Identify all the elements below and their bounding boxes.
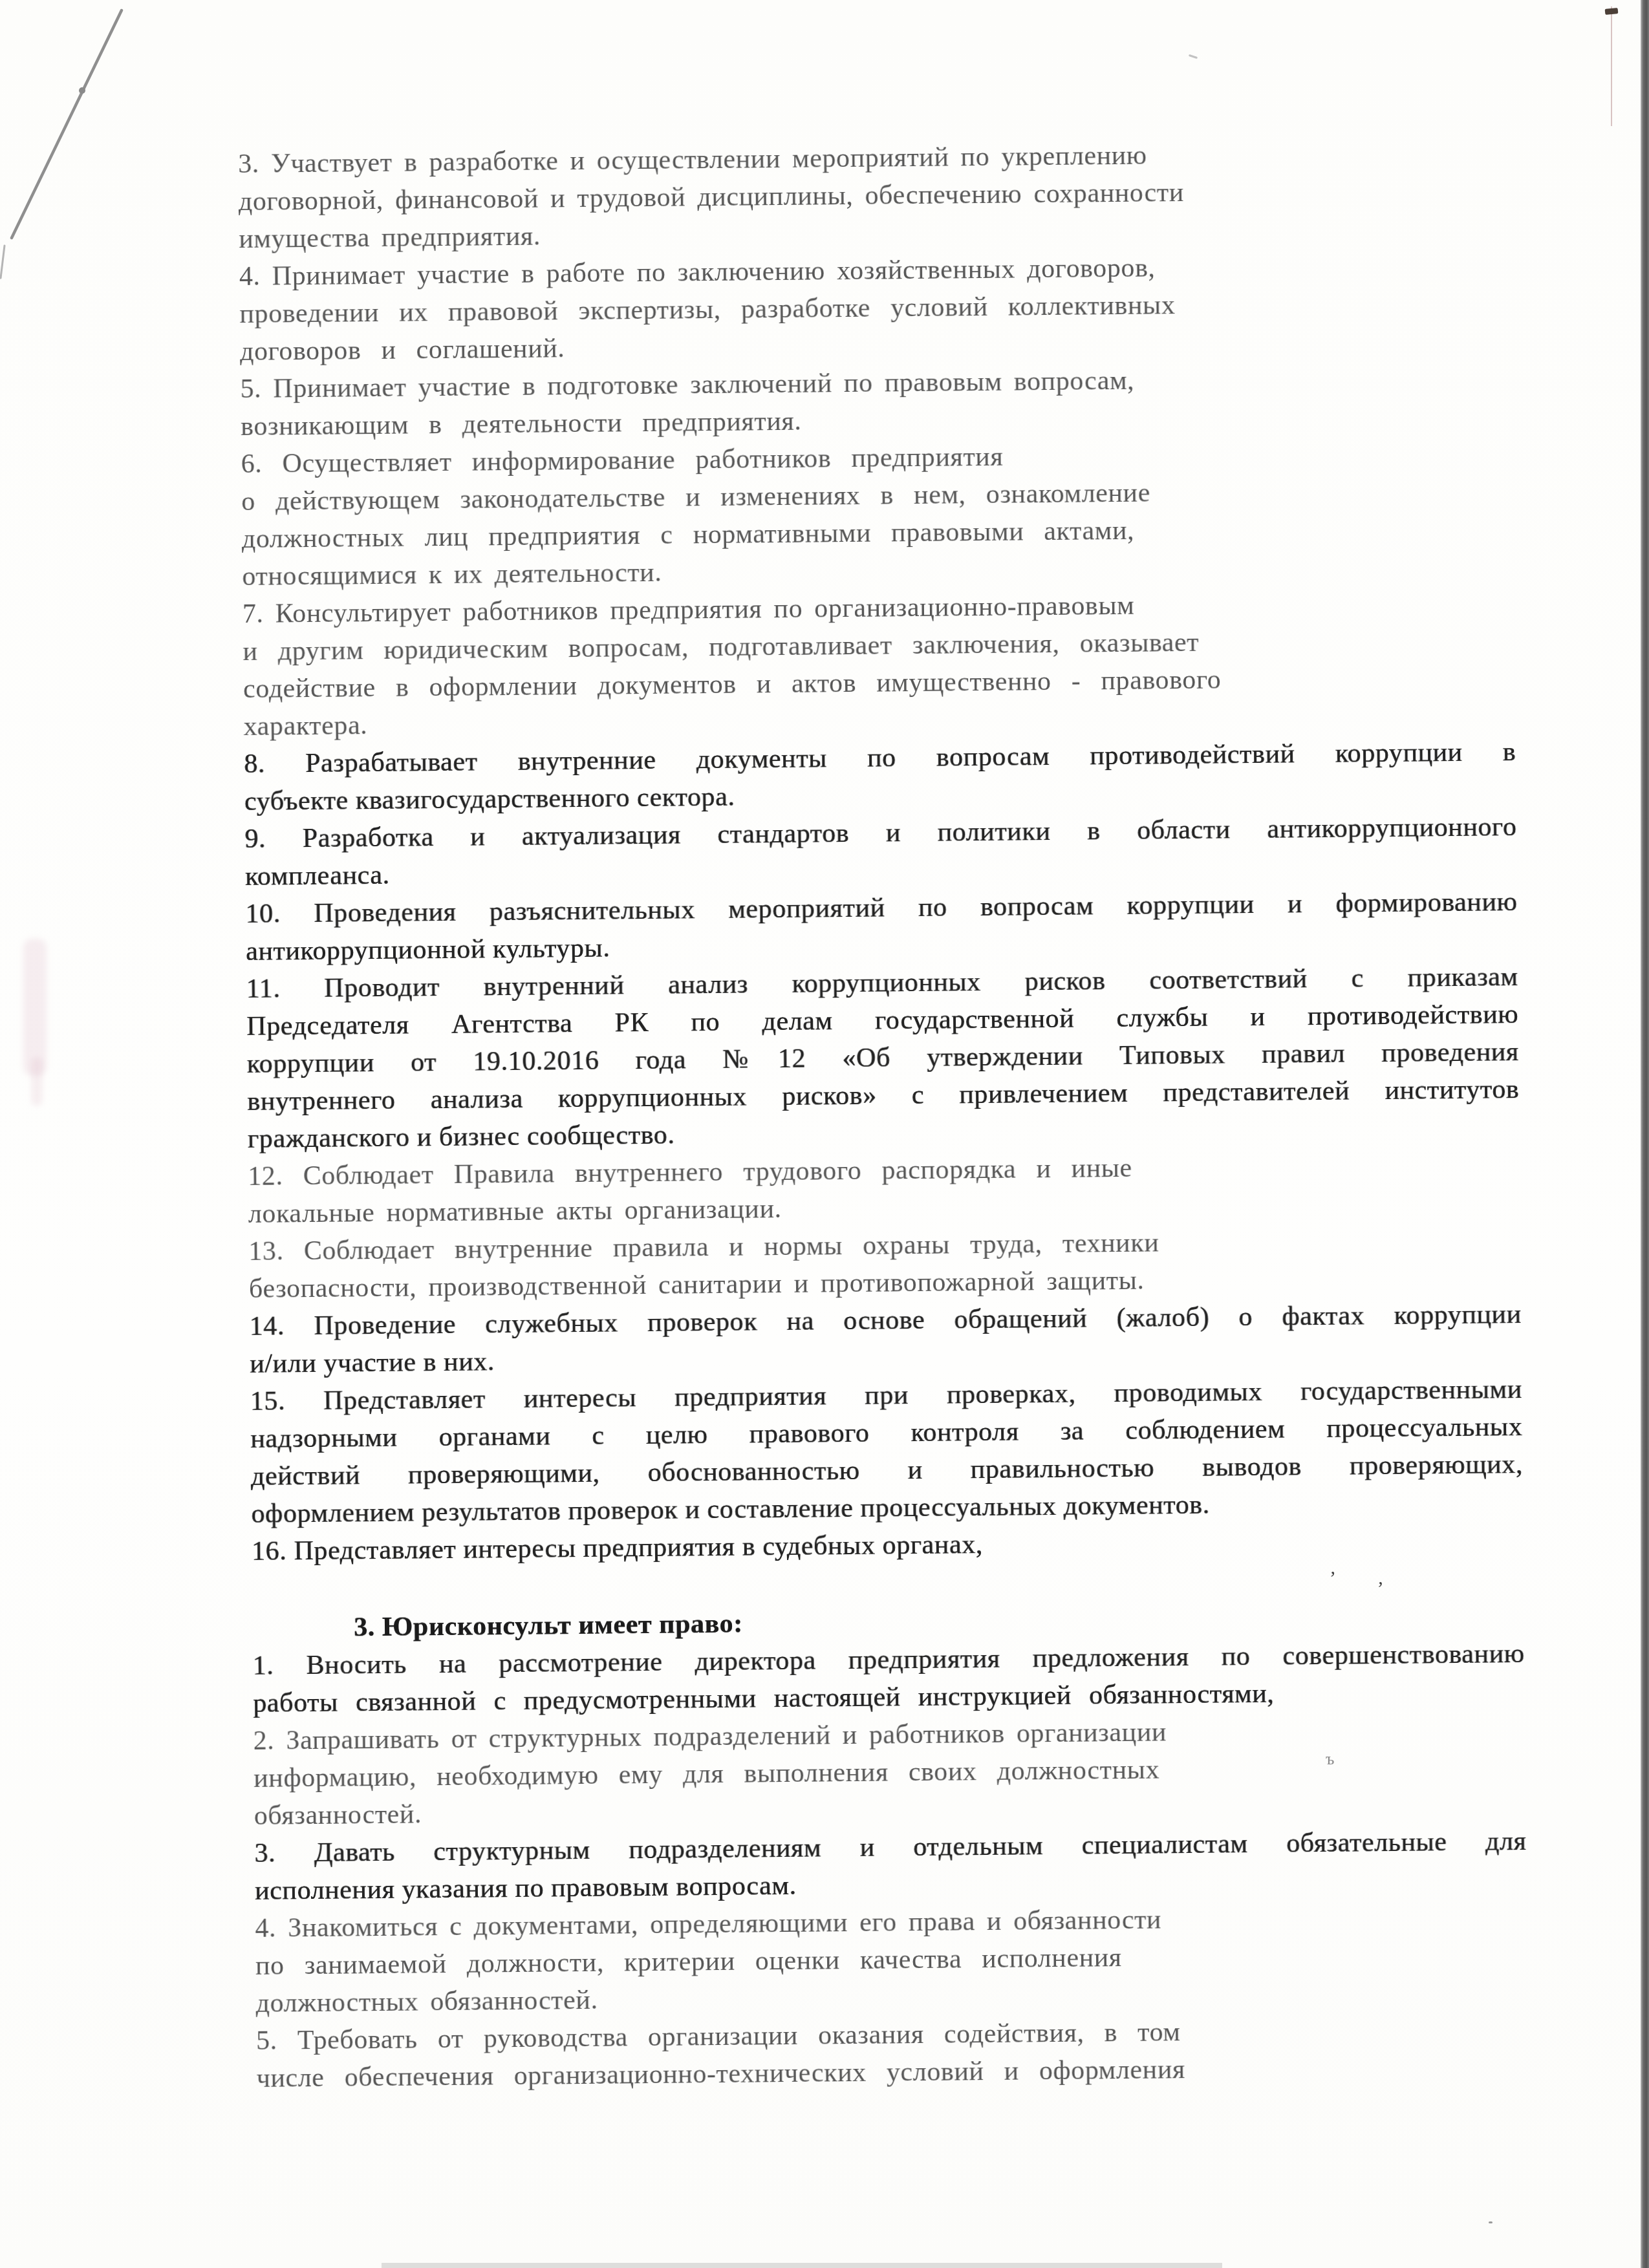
bottom-edge-strip [382,2263,1222,2268]
smudge-artifact [31,1058,43,1106]
scratch-line-artifact [0,0,207,336]
speck-artifact [1189,54,1198,59]
speck-artifact [1489,2221,1493,2223]
margin-line-cap-artifact [1605,8,1619,15]
smudge-artifact [23,939,47,1076]
stray-letter-artifact: ъ [1326,1749,1334,1769]
stray-marks-artifact: ’ , [1330,1567,1407,1589]
margin-line-artifact [1611,6,1612,126]
scanned-document-page: 3. Участвует в разработке и осуществлени… [0,0,1649,2268]
scanner-edge-strip [1641,0,1649,2268]
text-block: 3. Участвует в разработке и осуществлени… [238,133,1529,2097]
